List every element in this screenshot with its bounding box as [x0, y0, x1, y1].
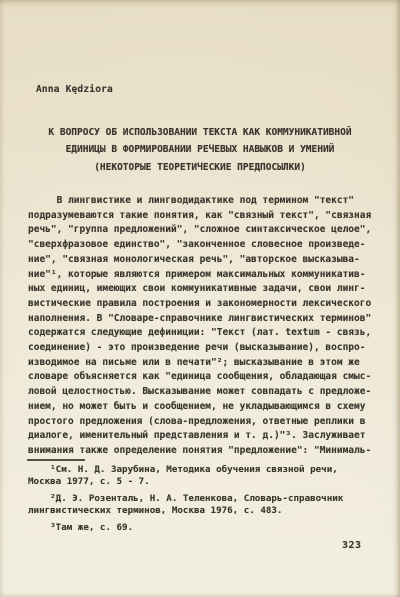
body-paragraph: В лингвистике и лингводидактике под терм…	[28, 194, 371, 459]
footnote: ²Д. Э. Розенталь, Н. А. Теленкова, Слова…	[28, 493, 343, 516]
footnote-divider	[27, 459, 85, 461]
body-line: изводимое на письме или в печати"²; выск…	[28, 356, 371, 371]
body-line: ных единиц, имеющих свои коммуникативные…	[28, 282, 371, 297]
body-line: речь", "группа предложений", "сложное си…	[28, 223, 371, 238]
footnote: ³Там же, с. 69.	[28, 522, 343, 534]
footnote: ¹См. Н. Д. Зарубина, Методика обучения с…	[28, 464, 343, 487]
body-line: содержатся следующие дефиниции: "Текст (…	[28, 326, 371, 341]
body-line: нием, но может быть и сообщением, не укл…	[28, 400, 371, 415]
body-line: внимания также определение понятия "пред…	[28, 444, 371, 459]
title-line: ЕДИНИЦЫ В ФОРМИРОВАНИИ РЕЧЕВЫХ НАВЫКОВ И…	[0, 141, 400, 158]
author-name: Anna Kędziora	[36, 84, 113, 95]
body-line: наполнения. В "Словаре-справочнике лингв…	[28, 312, 371, 327]
body-line: соединение) - это произведение речи (выс…	[28, 341, 371, 356]
document-page: Anna Kędziora К ВОПРОСУ ОБ ИСПОЛЬЗОВАНИИ…	[0, 0, 400, 597]
body-line: диалоге, именительный представления и т.…	[28, 429, 371, 444]
body-line: ловой целостностью. Высказывание может с…	[28, 385, 371, 400]
footnote-line: ³Там же, с. 69.	[28, 522, 343, 534]
footnote-line: ¹См. Н. Д. Зарубина, Методика обучения с…	[28, 464, 343, 476]
body-line: словаре объясняется как "единица сообщен…	[28, 370, 371, 385]
body-line: вистические правила построения и законом…	[28, 297, 371, 312]
title-line: К ВОПРОСУ ОБ ИСПОЛЬЗОВАНИИ ТЕКСТА КАК КО…	[0, 124, 400, 141]
footnote-line: ²Д. Э. Розенталь, Н. А. Теленкова, Слова…	[28, 493, 343, 505]
body-line: В лингвистике и лингводидактике под терм…	[28, 194, 371, 209]
body-line: ние"¹, которые являются примером максима…	[28, 268, 371, 283]
footnote-line: лингвистических терминов, Москва 1976, с…	[28, 505, 343, 517]
body-line: подразумеваются такие понятия, как "связ…	[28, 209, 371, 224]
body-line: "сверхфразовое единство", "законченное с…	[28, 238, 371, 253]
page-number: 323	[342, 540, 362, 551]
footnote-line: Москва 1977, с. 5 - 7.	[28, 476, 343, 488]
body-line: простого предложения (слова-предложения,…	[28, 415, 371, 430]
body-line: ние", "связная монологическая речь", "ав…	[28, 253, 371, 268]
footnotes: ¹См. Н. Д. Зарубина, Методика обучения с…	[28, 464, 343, 534]
title-line: (НЕКОТОРЫЕ ТЕОРЕТИЧЕСКИЕ ПРЕДПОСЫЛКИ)	[0, 159, 400, 176]
article-title: К ВОПРОСУ ОБ ИСПОЛЬЗОВАНИИ ТЕКСТА КАК КО…	[0, 124, 400, 176]
